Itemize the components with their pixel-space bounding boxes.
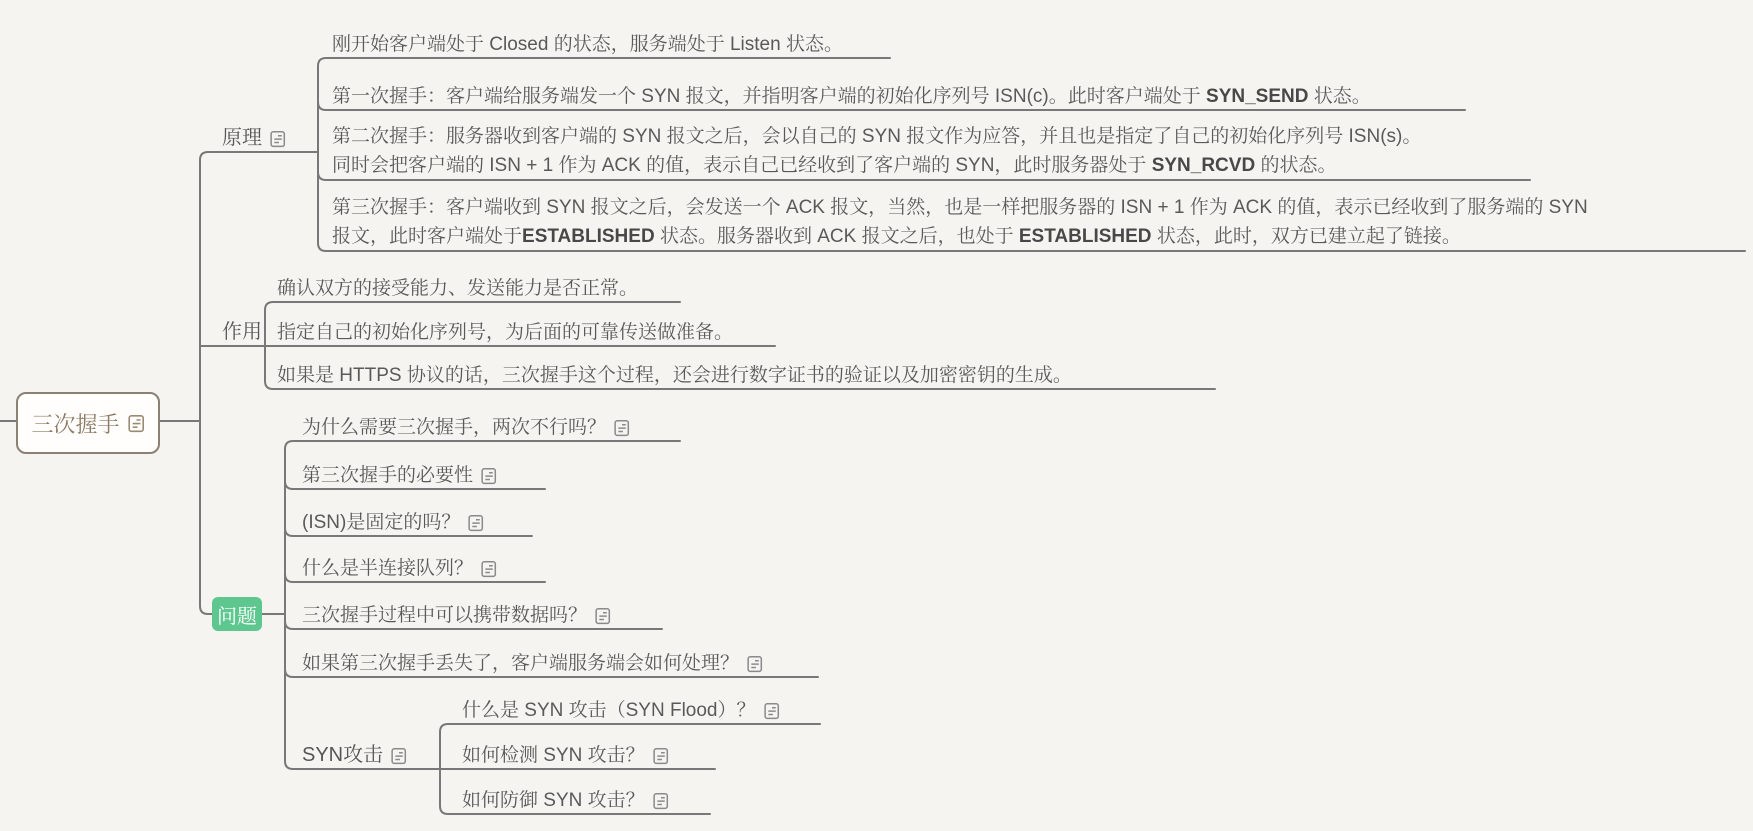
topic-text: 确认双方的接受能力、发送能力是否正常。 xyxy=(277,275,638,302)
note-icon[interactable] xyxy=(468,514,484,532)
branch-topic-syn-attack[interactable]: SYN攻击 xyxy=(302,742,407,769)
topic-text-line2: 报文，此时客户端处于ESTABLISHED 状态。服务器收到 ACK 报文之后，… xyxy=(332,222,1588,251)
note-icon[interactable] xyxy=(747,655,763,673)
topic-text: 为什么需要三次握手，两次不行吗？ xyxy=(302,414,606,441)
branch-label-text: 原理 xyxy=(222,125,262,152)
topic-text: 如何防御 SYN 攻击？ xyxy=(462,787,645,814)
topic-text: 刚开始客户端处于 Closed 的状态，服务端处于 Listen 状态。 xyxy=(332,31,843,58)
note-icon[interactable] xyxy=(614,419,630,437)
branch-topic-effect[interactable]: 作用 xyxy=(222,319,262,346)
topic-text-line1: 第三次握手：客户端收到 SYN 报文之后，会发送一个 ACK 报文，当然，也是一… xyxy=(332,193,1588,222)
topic-text: 如果是 HTTPS 协议的话，三次握手这个过程，还会进行数字证书的验证以及加密密… xyxy=(277,362,1072,389)
note-icon[interactable] xyxy=(270,130,286,148)
topic-text: 第一次握手：客户端给服务端发一个 SYN 报文，并指明客户端的初始化序列号 IS… xyxy=(332,83,1371,110)
root-topic-label: 三次握手 xyxy=(31,408,119,439)
topic-why-three-way[interactable]: 为什么需要三次握手，两次不行吗？ xyxy=(302,414,630,441)
topic-first-handshake[interactable]: 第一次握手：客户端给服务端发一个 SYN 报文，并指明客户端的初始化序列号 IS… xyxy=(332,83,1371,110)
branch-label-text: SYN攻击 xyxy=(302,742,383,769)
topic-initial-state[interactable]: 刚开始客户端处于 Closed 的状态，服务端处于 Listen 状态。 xyxy=(332,31,843,58)
topic-isn-fixed[interactable]: (ISN)是固定的吗？ xyxy=(302,509,484,536)
note-icon[interactable] xyxy=(595,607,611,625)
note-icon[interactable] xyxy=(481,560,497,578)
topic-text: 第三次握手的必要性 xyxy=(302,462,473,489)
topic-text: (ISN)是固定的吗？ xyxy=(302,509,460,536)
note-icon[interactable] xyxy=(653,747,669,765)
topic-text: 指定自己的初始化序列号，为后面的可靠传送做准备。 xyxy=(277,319,733,346)
branch-topic-principle[interactable]: 原理 xyxy=(222,125,286,152)
note-icon[interactable] xyxy=(653,792,669,810)
topic-https[interactable]: 如果是 HTTPS 协议的话，三次握手这个过程，还会进行数字证书的验证以及加密密… xyxy=(277,362,1072,389)
topic-text-line1: 第二次握手：服务器收到客户端的 SYN 报文之后，会以自己的 SYN 报文作为应… xyxy=(332,122,1421,151)
topic-third-necessity[interactable]: 第三次握手的必要性 xyxy=(302,462,497,489)
branch-topic-questions[interactable]: 问题 xyxy=(212,597,262,631)
root-topic[interactable]: 三次握手 xyxy=(16,392,160,454)
branch-label-text: 问题 xyxy=(217,600,257,629)
topic-text: 什么是 SYN 攻击（SYN Flood）？ xyxy=(462,697,756,724)
topic-carry-data[interactable]: 三次握手过程中可以携带数据吗？ xyxy=(302,602,611,629)
topic-text: 如果第三次握手丢失了，客户端服务端会如何处理？ xyxy=(302,650,739,677)
note-icon[interactable] xyxy=(128,414,145,433)
note-icon[interactable] xyxy=(481,467,497,485)
topic-text: 什么是半连接队列？ xyxy=(302,555,473,582)
topic-text-line2: 同时会把客户端的 ISN + 1 作为 ACK 的值，表示自己已经收到了客户端的… xyxy=(332,151,1421,180)
topic-detect-syn[interactable]: 如何检测 SYN 攻击？ xyxy=(462,742,669,769)
note-icon[interactable] xyxy=(764,702,780,720)
mindmap-canvas: 三次握手 原理 刚开始客户端处于 Closed 的状态，服务端处于 Listen… xyxy=(0,0,1753,831)
note-icon[interactable] xyxy=(391,747,407,765)
topic-what-syn-flood[interactable]: 什么是 SYN 攻击（SYN Flood）？ xyxy=(462,697,780,724)
topic-third-lost[interactable]: 如果第三次握手丢失了，客户端服务端会如何处理？ xyxy=(302,650,763,677)
topic-half-queue[interactable]: 什么是半连接队列？ xyxy=(302,555,497,582)
topic-init-sequence[interactable]: 指定自己的初始化序列号，为后面的可靠传送做准备。 xyxy=(277,319,733,346)
topic-text: 三次握手过程中可以携带数据吗？ xyxy=(302,602,587,629)
topic-second-handshake[interactable]: 第二次握手：服务器收到客户端的 SYN 报文之后，会以自己的 SYN 报文作为应… xyxy=(332,122,1421,180)
topic-third-handshake[interactable]: 第三次握手：客户端收到 SYN 报文之后，会发送一个 ACK 报文，当然，也是一… xyxy=(332,193,1588,251)
topic-confirm-ability[interactable]: 确认双方的接受能力、发送能力是否正常。 xyxy=(277,275,638,302)
topic-text: 如何检测 SYN 攻击？ xyxy=(462,742,645,769)
branch-label-text: 作用 xyxy=(222,319,262,346)
topic-defend-syn[interactable]: 如何防御 SYN 攻击？ xyxy=(462,787,669,814)
